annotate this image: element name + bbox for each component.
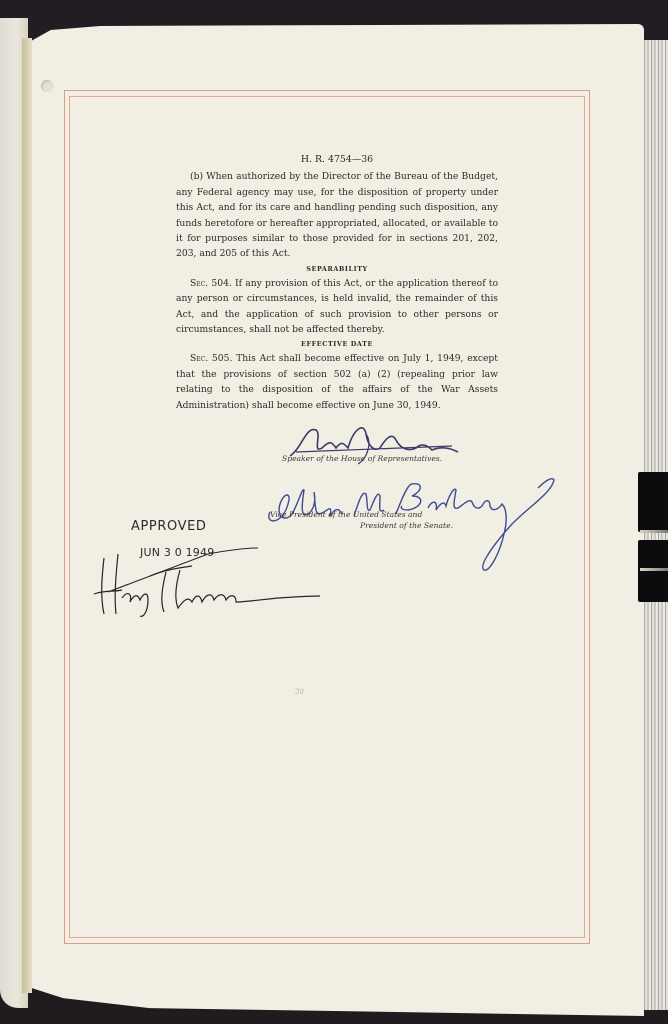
approved-stamp: APPROVED (131, 519, 207, 534)
binder-clip-wire (640, 568, 668, 571)
section-504: Sec. 504. If any provision of this Act, … (176, 276, 498, 338)
binder-clip-top (638, 472, 668, 532)
bill-number: H. R. 4754—36 (176, 152, 498, 167)
section-label: Sec. 505. (190, 353, 232, 364)
page-mark: 30 (295, 688, 304, 696)
vice-president-caption-line2: President of the Senate. (360, 521, 453, 530)
president-signature (88, 540, 328, 620)
speaker-caption: Speaker of the House of Representatives. (282, 454, 442, 463)
binding-gutter (22, 38, 32, 993)
binder-clip-wire (640, 530, 668, 533)
heading-separability: SEPARABILITY (176, 262, 498, 276)
punch-hole (41, 80, 53, 92)
paragraph-b: (b) When authorized by the Director of t… (176, 169, 498, 261)
vice-president-caption-line1: Vice President of the United States and (270, 510, 422, 519)
section-label: Sec. 504. (190, 278, 232, 289)
section-505: Sec. 505. This Act shall become effectiv… (176, 351, 498, 413)
binder-clip-bottom (638, 540, 668, 602)
bill-text: H. R. 4754—36 (b) When authorized by the… (176, 150, 498, 413)
heading-effective-date: EFFECTIVE DATE (176, 337, 498, 351)
